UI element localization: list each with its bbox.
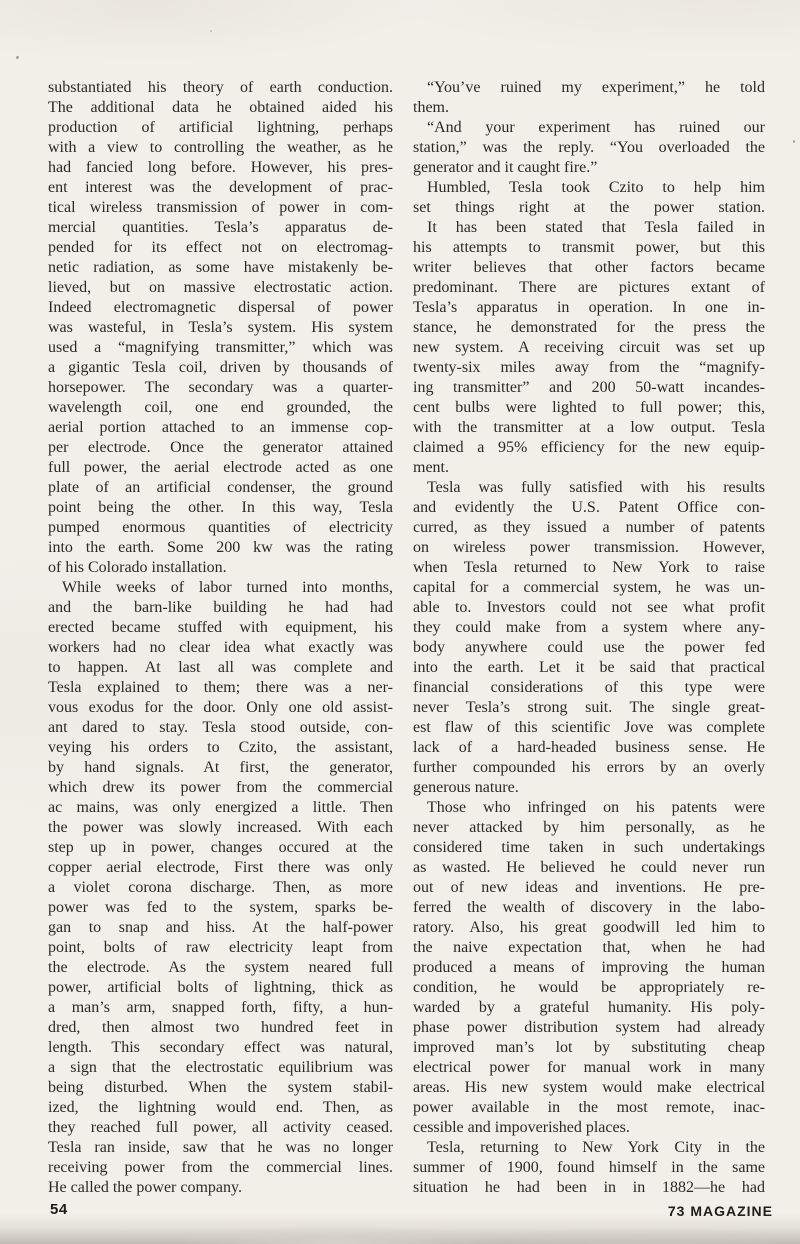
scan-edge-shadow [0, 1214, 800, 1244]
text-line: used a “magnifying transmitter,” which w… [48, 338, 393, 358]
text-line: condition, he would be appropriately re- [413, 978, 765, 998]
text-line: gan to snap and hiss. At the half-power [48, 918, 393, 938]
text-line: considered time taken in such undertakin… [413, 838, 765, 858]
text-line: Tesla, returning to New York City in the [413, 1138, 765, 1158]
text-line: It has been stated that Tesla failed in [413, 218, 765, 238]
paragraph: While weeks of labor turned into months,… [48, 578, 393, 1198]
paragraph: Humbled, Tesla took Czito to help himset… [413, 178, 765, 218]
text-line: predominant. There are pictures extant o… [413, 278, 765, 298]
text-line: out of new ideas and inventions. He pre- [413, 878, 765, 898]
text-line: per electrode. Once the generator attain… [48, 438, 393, 458]
text-line: summer of 1900, found himself in the sam… [413, 1158, 765, 1178]
text-line: set things right at the power station. [413, 198, 765, 218]
text-line: full power, the aerial electrode acted a… [48, 458, 393, 478]
text-line: copper aerial electrode, First there was… [48, 858, 393, 878]
text-line: station,” was the reply. “You overloaded… [413, 138, 765, 158]
left-text-column: substantiated his theory of earth conduc… [48, 78, 393, 1198]
text-line: ferred the wealth of discovery in the la… [413, 898, 765, 918]
text-line: stance, he demonstrated for the press th… [413, 318, 765, 338]
text-line: had fancied long before. However, his pr… [48, 158, 393, 178]
scan-speck [210, 30, 212, 32]
text-line: the naive expectation that, when he had [413, 938, 765, 958]
text-line: the power was slowly increased. With eac… [48, 818, 393, 838]
text-line: production of artificial lightning, perh… [48, 118, 393, 138]
scan-speck [16, 56, 19, 59]
text-line: and the barn-like building he had had [48, 598, 393, 618]
text-line: “You’ve ruined my experiment,” he told [413, 78, 765, 98]
text-line: they could make from a system where any- [413, 618, 765, 638]
text-line: generator and it caught fire.” [413, 158, 765, 178]
text-line: further compounded his errors by an over… [413, 758, 765, 778]
right-text-column: “You’ve ruined my experiment,” he toldth… [413, 78, 765, 1198]
text-line: being disturbed. When the system stabil- [48, 1078, 393, 1098]
paragraph: It has been stated that Tesla failed inh… [413, 218, 765, 478]
text-line: tical wireless transmission of power in … [48, 198, 393, 218]
text-line: of his Colorado installation. [48, 558, 393, 578]
text-line: when Tesla returned to New York to raise [413, 558, 765, 578]
text-line: writer believes that other factors becam… [413, 258, 765, 278]
text-line: into the earth. Some 200 kw was the rati… [48, 538, 393, 558]
text-line: into the earth. Let it be said that prac… [413, 658, 765, 678]
text-line: wavelength coil, one end grounded, the [48, 398, 393, 418]
text-line: them. [413, 98, 765, 118]
text-line: situation he had been in in 1882—he had [413, 1178, 765, 1198]
text-line: twenty-six miles away from the “magnify- [413, 358, 765, 378]
text-line: capital for a commercial system, he was … [413, 578, 765, 598]
text-line: areas. His new system would make electri… [413, 1078, 765, 1098]
text-line: dred, then almost two hundred feet in [48, 1018, 393, 1038]
text-line: ant dared to stay. Tesla stood outside, … [48, 718, 393, 738]
text-line: vous exodus for the door. Only one old a… [48, 698, 393, 718]
text-line: power, artificial bolts of lightning, th… [48, 978, 393, 998]
text-line: they reached full power, all activity ce… [48, 1118, 393, 1138]
text-line: “And your experiment has ruined our [413, 118, 765, 138]
text-line: on wireless power transmission. However, [413, 538, 765, 558]
magazine-page: substantiated his theory of earth conduc… [0, 0, 800, 1244]
text-line: warded by a grateful humanity. His poly- [413, 998, 765, 1018]
paragraph: Those who infringed on his patents weren… [413, 798, 765, 1138]
text-line: electrical power for manual work in many [413, 1058, 765, 1078]
text-line: as wasted. He believed he could never ru… [413, 858, 765, 878]
text-line: Tesla ran inside, saw that he was no lon… [48, 1138, 393, 1158]
text-line: new system. A receiving circuit was set … [413, 338, 765, 358]
text-line: veying his orders to Czito, the assistan… [48, 738, 393, 758]
text-line: ratory. Also, his great goodwill led him… [413, 918, 765, 938]
text-line: Tesla was fully satisfied with his resul… [413, 478, 765, 498]
text-line: by hand signals. At first, the generator… [48, 758, 393, 778]
text-line: While weeks of labor turned into months, [48, 578, 393, 598]
text-line: curred, as they issued a number of paten… [413, 518, 765, 538]
text-line: step up in power, changes occured at the [48, 838, 393, 858]
text-line: plate of an artificial condenser, the gr… [48, 478, 393, 498]
text-line: a sign that the electrostatic equilibriu… [48, 1058, 393, 1078]
text-line: the electrode. As the system neared full [48, 958, 393, 978]
text-line: a violet corona discharge. Then, as more [48, 878, 393, 898]
text-line: and evidently the U.S. Patent Office con… [413, 498, 765, 518]
paragraph: Tesla, returning to New York City in the… [413, 1138, 765, 1198]
text-line: aerial portion attached to an immense co… [48, 418, 393, 438]
text-line: lieved, but on massive electrostatic act… [48, 278, 393, 298]
text-line: produced a means of improving the human [413, 958, 765, 978]
text-line: improved man’s lot by substituting cheap [413, 1038, 765, 1058]
text-line: ent interest was the development of prac… [48, 178, 393, 198]
text-line: lack of a hard-headed business sense. He [413, 738, 765, 758]
text-line: He called the power company. [48, 1178, 393, 1198]
text-line: pended for its effect not on electromag- [48, 238, 393, 258]
text-line: point being the other. In this way, Tesl… [48, 498, 393, 518]
text-line: The additional data he obtained aided hi… [48, 98, 393, 118]
text-line: Those who infringed on his patents were [413, 798, 765, 818]
text-line: a man’s arm, snapped forth, fifty, a hun… [48, 998, 393, 1018]
text-line: claimed a 95% efficiency for the new equ… [413, 438, 765, 458]
text-line: mercial quantities. Tesla’s apparatus de… [48, 218, 393, 238]
text-line: with a view to controlling the weather, … [48, 138, 393, 158]
text-line: Humbled, Tesla took Czito to help him [413, 178, 765, 198]
paragraph: Tesla was fully satisfied with his resul… [413, 478, 765, 798]
text-line: his attempts to transmit power, but this [413, 238, 765, 258]
text-line: length. This secondary effect was natura… [48, 1038, 393, 1058]
text-line: to happen. At last all was complete and [48, 658, 393, 678]
text-line: generous nature. [413, 778, 765, 798]
text-line: body anywhere could use the power fed [413, 638, 765, 658]
text-line: Tesla explained to them; there was a ner… [48, 678, 393, 698]
text-line: substantiated his theory of earth conduc… [48, 78, 393, 98]
text-line: Indeed electromagnetic dispersal of powe… [48, 298, 393, 318]
text-line: horsepower. The secondary was a quarter- [48, 378, 393, 398]
text-line: ized, the lightning would end. Then, as [48, 1098, 393, 1118]
text-line: est flaw of this scientific Jove was com… [413, 718, 765, 738]
text-line: workers had no clear idea what exactly w… [48, 638, 393, 658]
text-line: power available in the most remote, inac… [413, 1098, 765, 1118]
text-line: with the transmitter at a low output. Te… [413, 418, 765, 438]
text-line: erected became stuffed with equipment, h… [48, 618, 393, 638]
text-line: netic radiation, as some have mistakenly… [48, 258, 393, 278]
text-line: which drew its power from the commercial [48, 778, 393, 798]
text-line: cent bulbs were lighted to full power; t… [413, 398, 765, 418]
text-line: phase power distribution system had alre… [413, 1018, 765, 1038]
paragraph: “You’ve ruined my experiment,” he toldth… [413, 78, 765, 118]
text-line: ment. [413, 458, 765, 478]
text-line: cessible and impoverished places. [413, 1118, 765, 1138]
text-line: receiving power from the commercial line… [48, 1158, 393, 1178]
text-line: point, bolts of raw electricity leapt fr… [48, 938, 393, 958]
paragraph: substantiated his theory of earth conduc… [48, 78, 393, 578]
text-line: was wasteful, in Tesla’s system. His sys… [48, 318, 393, 338]
paragraph: “And your experiment has ruined ourstati… [413, 118, 765, 178]
text-line: pumped enormous quantities of electricit… [48, 518, 393, 538]
text-line: able to. Investors could not see what pr… [413, 598, 765, 618]
text-line: Tesla’s apparatus in operation. In one i… [413, 298, 765, 318]
scan-speck [793, 140, 795, 143]
text-line: ac mains, was only energized a little. T… [48, 798, 393, 818]
text-line: never attacked by him personally, as he [413, 818, 765, 838]
text-line: financial considerations of this type we… [413, 678, 765, 698]
text-line: power was fed to the system, sparks be- [48, 898, 393, 918]
text-line: never Tesla’s strong suit. The single gr… [413, 698, 765, 718]
text-line: ing transmitter” and 200 50-watt incande… [413, 378, 765, 398]
text-line: a gigantic Tesla coil, driven by thousan… [48, 358, 393, 378]
